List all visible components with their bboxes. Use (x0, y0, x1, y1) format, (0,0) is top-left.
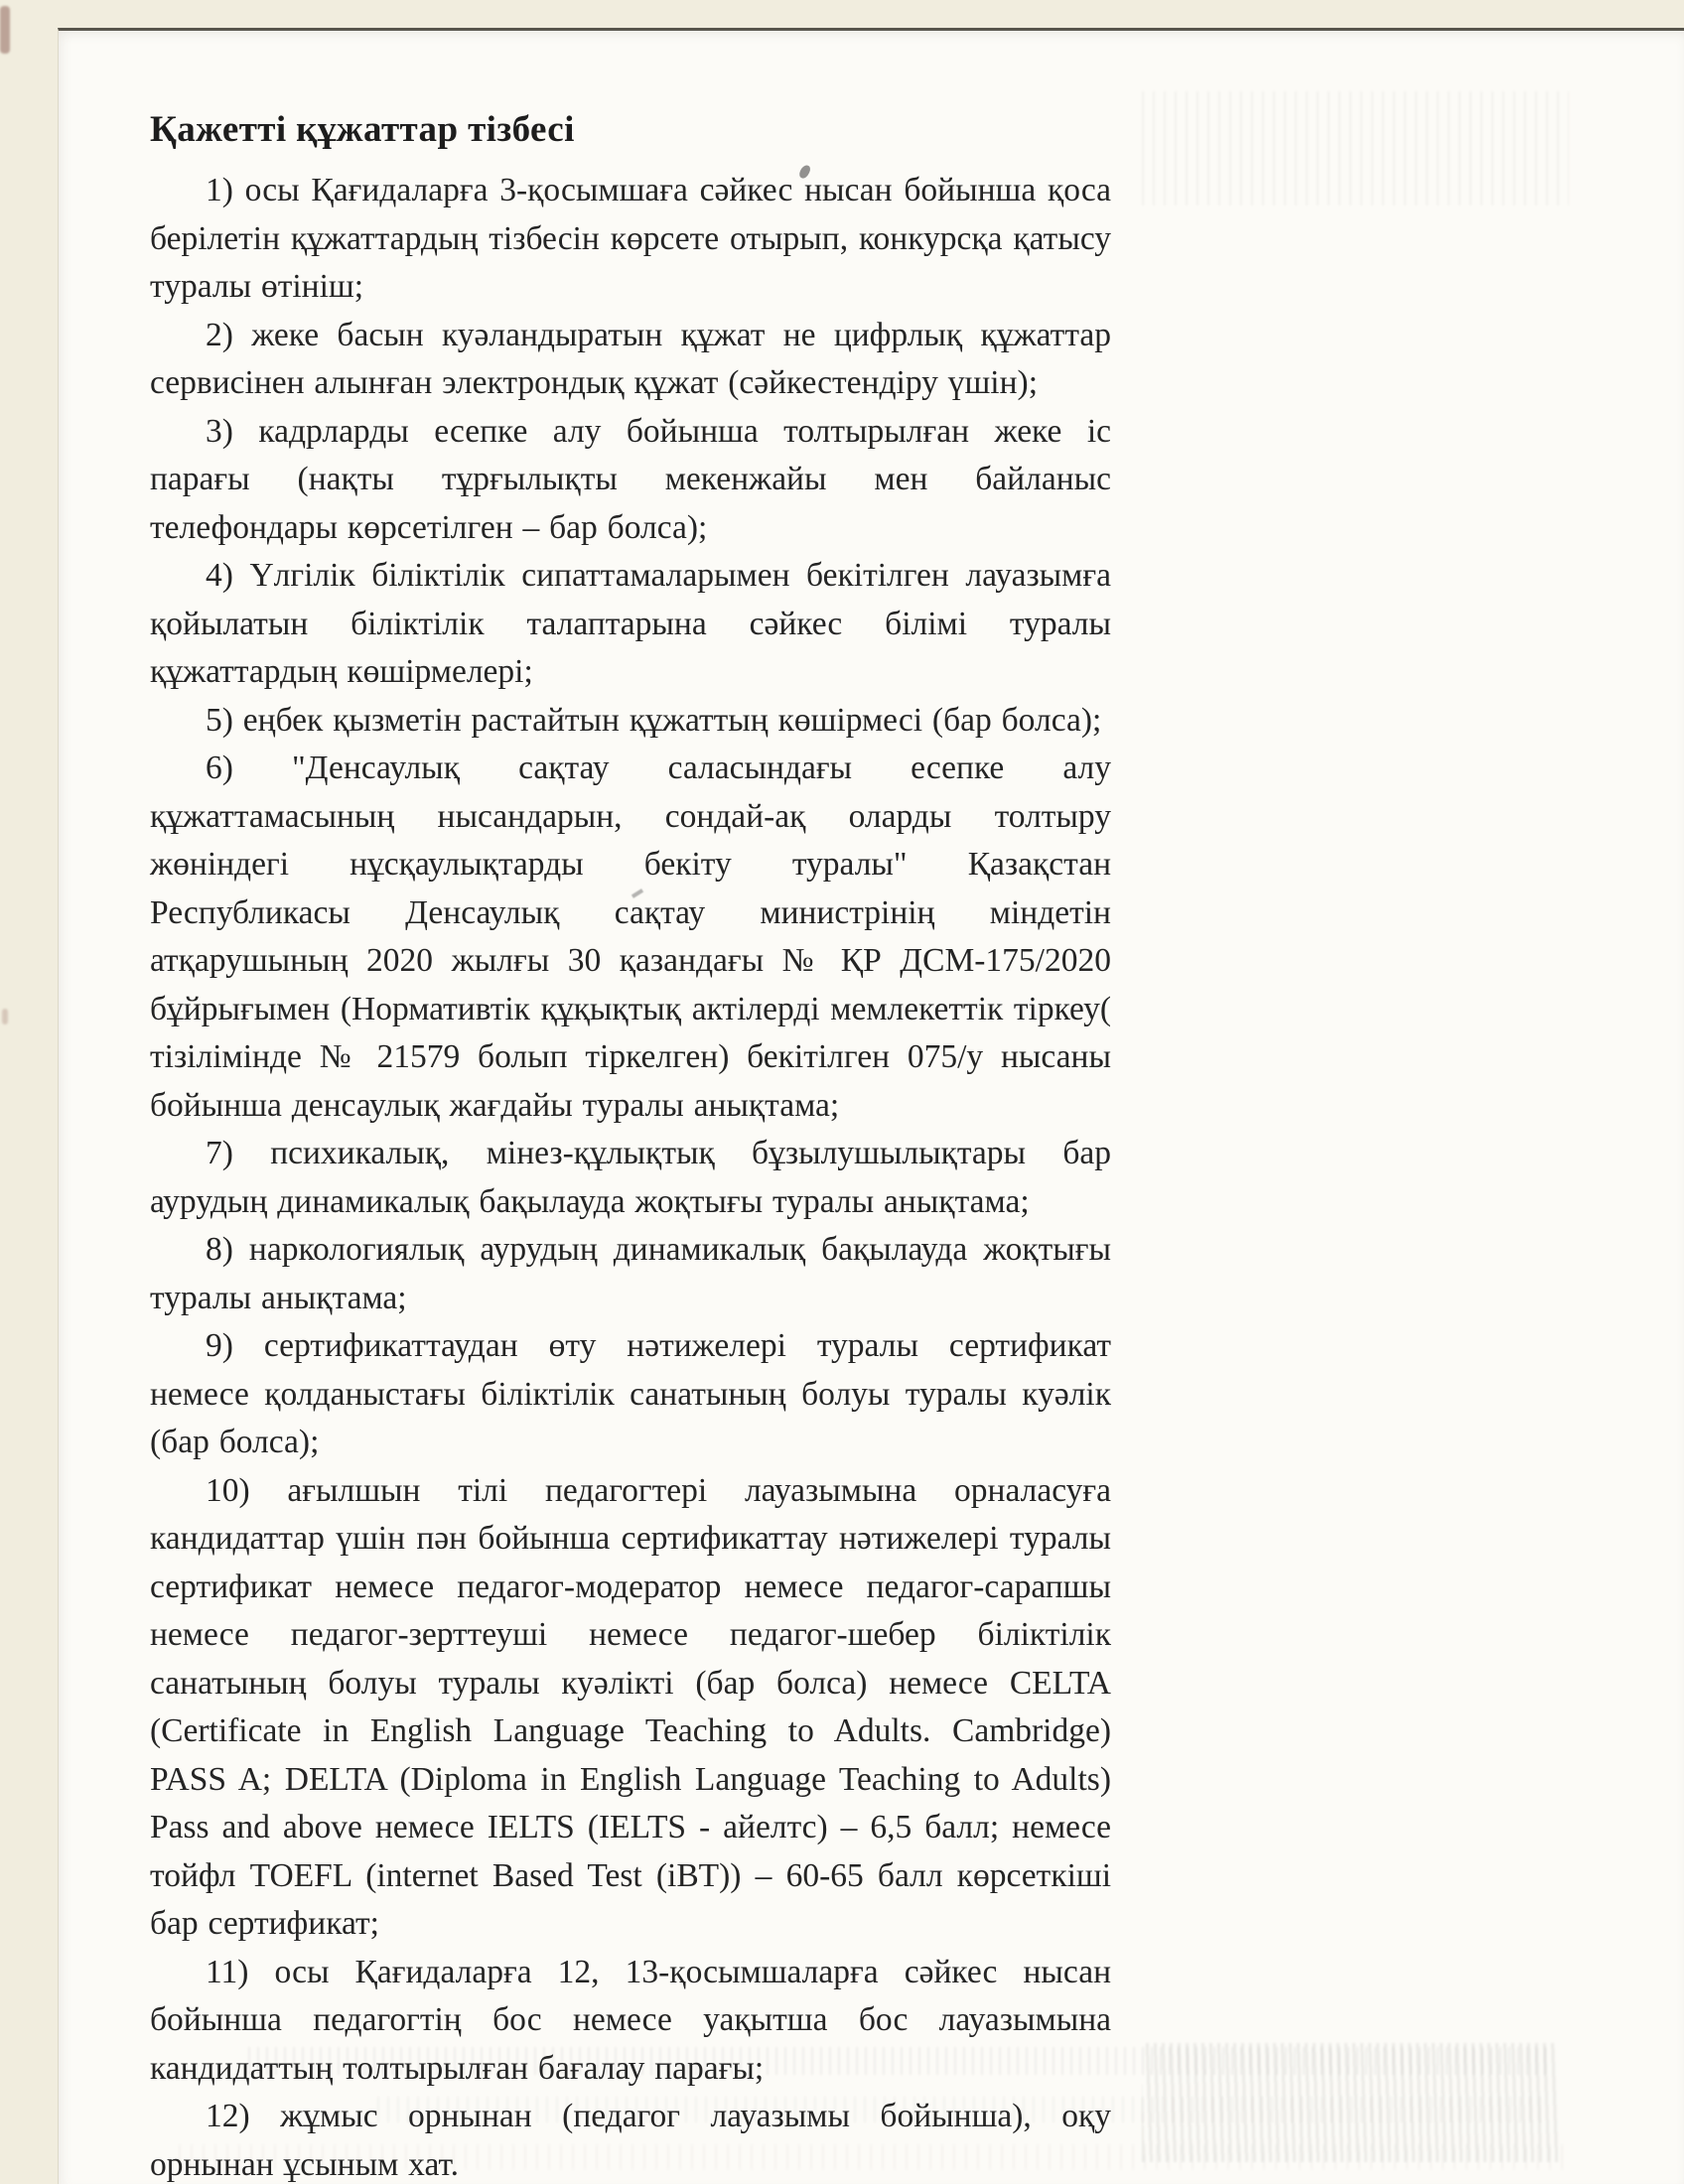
list-item-11: 11) осы Қағидаларға 12, 13-қосымшаларға … (150, 1949, 1111, 2094)
document-title: Қажетті құжаттар тізбесі (150, 108, 1111, 151)
scan-noise-speck (2, 1009, 8, 1024)
list-item-8: 8) наркологиялық аурудың динамикалық бақ… (150, 1226, 1111, 1322)
list-item-4: 4) Үлгілік біліктілік сипаттамаларымен б… (150, 552, 1111, 697)
list-item-9: 9) сертификаттаудан өту нәтижелері турал… (150, 1322, 1111, 1467)
scanned-page: Қажетті құжаттар тізбесі 1) осы Қағидала… (58, 28, 1684, 2184)
list-item-5: 5) еңбек қызметін растайтын құжаттың көш… (150, 697, 1111, 746)
list-item-12: 12) жұмыс орнынан (педагог лауазымы бойы… (150, 2093, 1111, 2184)
list-item-6: 6) "Денсаулық сақтау саласындағы есепке … (150, 745, 1111, 1130)
list-item-1: 1) осы Қағидаларға 3-қосымшаға сәйкес ны… (150, 167, 1111, 312)
list-item-7: 7) психикалық, мінез-құлықтық бұзылушылы… (150, 1130, 1111, 1226)
document-body: Қажетті құжаттар тізбесі 1) осы Қағидала… (150, 108, 1111, 2184)
list-item-2: 2) жеке басын куәландыратын құжат не циф… (150, 312, 1111, 408)
scan-noise-corner-mark (0, 6, 10, 54)
list-item-3: 3) кадрларды есепке алу бойынша толтырыл… (150, 408, 1111, 553)
list-item-10: 10) ағылшын тілі педагогтері лауазымына … (150, 1467, 1111, 1949)
